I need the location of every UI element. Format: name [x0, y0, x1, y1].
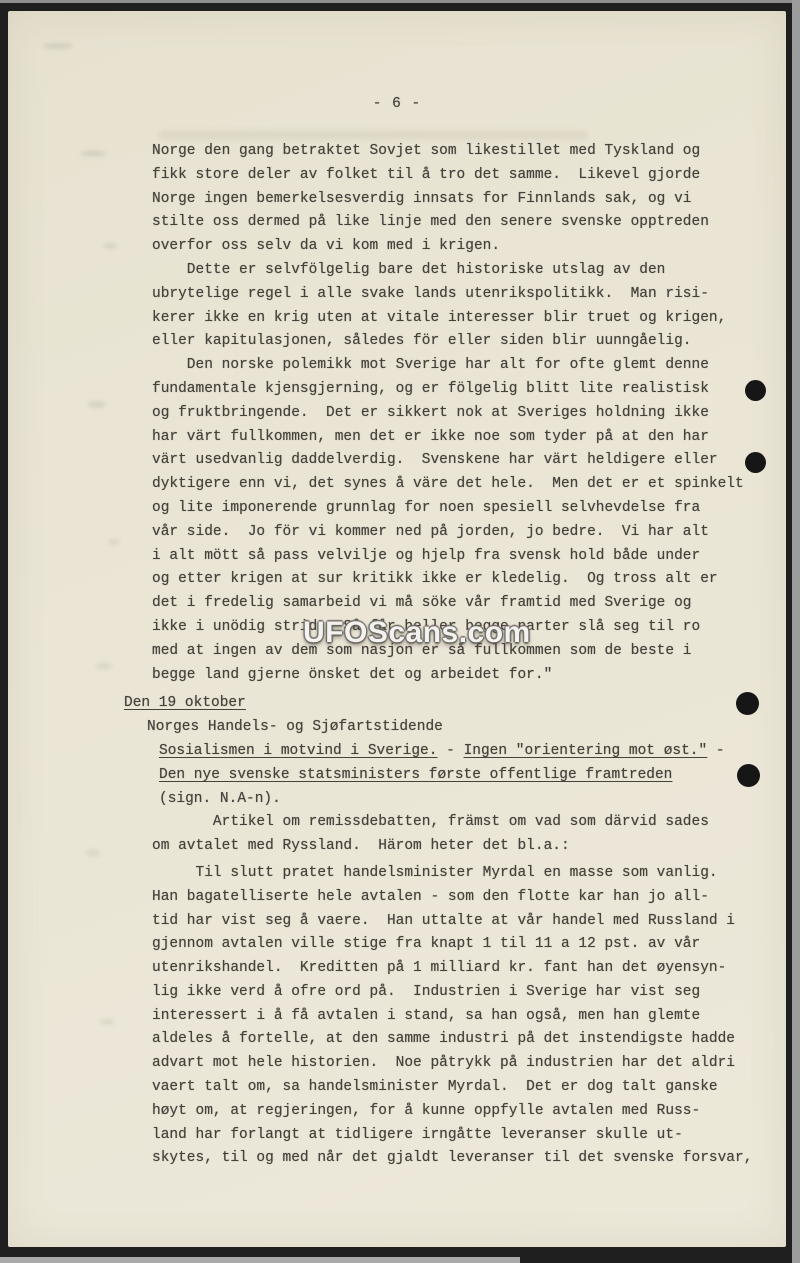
punch-hole	[737, 764, 760, 787]
text-line: Norge den gang betraktet Sovjet som like…	[152, 140, 772, 164]
text-line: Norges Handels- og Sjøfartstidende	[147, 716, 772, 740]
text-line: lig ikke verd å ofre ord på. Industrien …	[152, 981, 772, 1005]
text-line: Norge ingen bemerkelsesverdig innsats fo…	[152, 188, 772, 212]
punch-hole	[745, 452, 766, 473]
scanner-edge-bottom	[0, 1257, 520, 1263]
text-line: og fruktbringende. Det er sikkert nok at…	[152, 402, 772, 426]
margin-smudge	[100, 1019, 115, 1025]
text-line: vaert talt om, sa handelsminister Myrdal…	[152, 1076, 772, 1100]
margin-smudge	[80, 151, 106, 156]
text-line: Den nye svenske statsministers første of…	[159, 764, 772, 788]
text-line: skytes, til og med når det gjaldt levera…	[152, 1147, 772, 1171]
underlined-text: Ingen "orientering mot øst."	[464, 743, 708, 759]
text-line: interessert i å få avtalen i stand, sa h…	[152, 1005, 772, 1029]
typewritten-text: Norge den gang betraktet Sovjet som like…	[152, 140, 772, 1171]
text-line: ubrytelige regel i alle svake lands uten…	[152, 283, 772, 307]
text-line: Artikel om remissdebatten, främst om vad…	[152, 811, 772, 835]
text-line: gjennom avtalen ville stige fra knapt 1 …	[152, 933, 772, 957]
scanned-page: - 6 - Norge den gang betraktet Sovjet so…	[8, 11, 786, 1247]
text-line: Han bagatelliserte hele avtalen - som de…	[152, 886, 772, 910]
text-line: og etter krigen at sur kritikk ikke er k…	[152, 568, 772, 592]
margin-smudge	[103, 243, 117, 249]
punch-hole	[736, 692, 759, 715]
text-line: dyktigere enn vi, det synes å väre det h…	[152, 473, 772, 497]
watermark: UFOScans.com	[303, 616, 531, 650]
text-line: eller kapitulasjonen, således för eller …	[152, 330, 772, 354]
text-line: (sign. N.A-n).	[159, 788, 772, 812]
margin-smudge	[96, 663, 112, 669]
ink-ghosting	[158, 131, 588, 139]
margin-smudge	[108, 539, 120, 545]
text-line: aldeles å fortelle, at den samme industr…	[152, 1028, 772, 1052]
text-line: vår side. Jo för vi kommer ned på jorden…	[152, 521, 772, 545]
margin-smudge	[88, 401, 106, 408]
text-line: og lite imponerende grunnlag for noen sp…	[152, 497, 772, 521]
text-line: värt usedvanlig daddelverdig. Svenskene …	[152, 449, 772, 473]
text-line: fikk store deler av folket til å tro det…	[152, 164, 772, 188]
text-line: om avtalet med Ryssland. Härom heter det…	[152, 835, 772, 859]
text-line: Den 19 oktober	[124, 692, 772, 716]
text-line: Dette er selvfölgelig bare det historisk…	[152, 259, 772, 283]
text-line: stilte oss dermed på like linje med den …	[152, 211, 772, 235]
plain-text: -	[707, 743, 724, 759]
text-line: Til slutt pratet handelsminister Myrdal …	[152, 862, 772, 886]
text-line: advart mot hele historien. Noe påtrykk p…	[152, 1052, 772, 1076]
text-line: i alt mött så pass velvilje og hjelp fra…	[152, 545, 772, 569]
underlined-text: Sosialismen i motvind i Sverige.	[159, 743, 437, 759]
text-line: utenrikshandel. Kreditten på 1 milliard …	[152, 957, 772, 981]
margin-smudge	[43, 43, 73, 49]
text-line: begge land gjerne önsket det og arbeidet…	[152, 664, 772, 688]
text-line: tid har vist seg å vaere. Han uttalte at…	[152, 910, 772, 934]
text-line: Den norske polemikk mot Sverige har alt …	[152, 354, 772, 378]
text-line: fundamentale kjensgjerning, og er fölgel…	[152, 378, 772, 402]
scanner-edge-top	[0, 0, 800, 3]
text-line: land har forlangt at tidligere irngåtte …	[152, 1124, 772, 1148]
page-number: - 6 -	[8, 96, 786, 112]
plain-text: -	[437, 743, 463, 759]
scanner-edge-right	[792, 0, 800, 1263]
text-line: Sosialismen i motvind i Sverige. - Ingen…	[159, 740, 772, 764]
text-line: har värt fullkommen, men det er ikke noe…	[152, 426, 772, 450]
punch-hole	[745, 380, 766, 401]
text-line: kerer ikke en krig uten at vitale intere…	[152, 307, 772, 331]
margin-smudge	[86, 849, 100, 857]
text-line: overfor oss selv da vi kom med i krigen.	[152, 235, 772, 259]
text-line: det i fredelig samarbeid vi må söke vår …	[152, 592, 772, 616]
text-line: høyt om, at regjeringen, for å kunne opp…	[152, 1100, 772, 1124]
